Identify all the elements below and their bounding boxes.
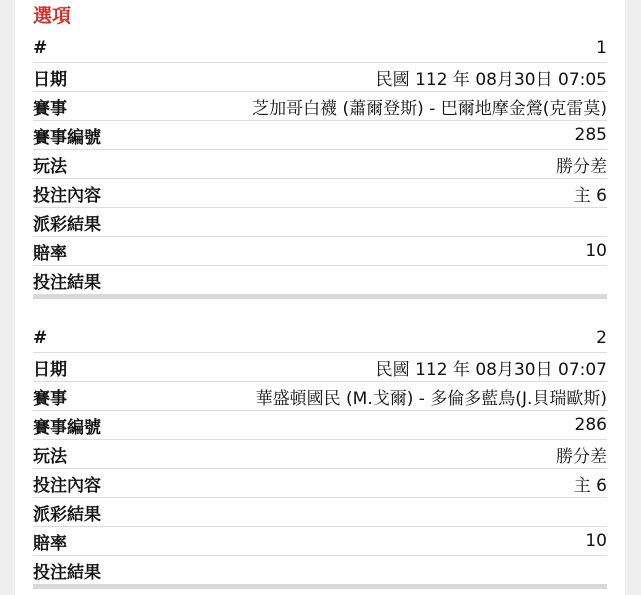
row-bet-result: 投注結果 [33, 556, 607, 589]
row-label: 日期 [33, 355, 67, 380]
row-number: # 1 [33, 34, 607, 63]
row-value: 2 [596, 328, 607, 348]
row-label: 日期 [33, 65, 67, 90]
row-label: 賽事 [33, 94, 67, 119]
row-label: 投注結果 [33, 268, 101, 293]
row-value: 主 6 [574, 181, 607, 206]
row-value: 286 [575, 415, 607, 435]
content-panel: 選項 # 1 日期 民國 112 年 08月30日 07:05 賽事 芝加哥白襪… [15, 0, 625, 595]
row-value: 勝分差 [556, 152, 607, 177]
row-match-id: 賽事編號 285 [33, 121, 607, 150]
row-label: 賽事編號 [33, 413, 101, 438]
row-bet-type: 玩法 勝分差 [33, 150, 607, 179]
row-value: 芝加哥白襪 (蕭爾登斯) - 巴爾地摩金鶯(克雷莫) [252, 94, 607, 119]
row-value: 勝分差 [556, 442, 607, 467]
row-payout-result: 派彩結果 [33, 498, 607, 527]
row-odds: 賠率 10 [33, 527, 607, 556]
row-match: 賽事 華盛頓國民 (M.戈爾) - 多倫多藍鳥(J.貝瑞歐斯) [33, 382, 607, 411]
row-value: 10 [585, 241, 607, 261]
row-label: 投注內容 [33, 471, 101, 496]
block-spacer [33, 299, 607, 324]
row-number: # 2 [33, 324, 607, 353]
row-label: 派彩結果 [33, 210, 101, 235]
row-label: 投注結果 [33, 558, 101, 583]
row-label: 派彩結果 [33, 500, 101, 525]
row-value: 民國 112 年 08月30日 07:05 [376, 65, 607, 90]
row-value: 285 [575, 125, 607, 145]
row-date: 日期 民國 112 年 08月30日 07:05 [33, 63, 607, 92]
section-title: 選項 [33, 0, 607, 34]
row-date: 日期 民國 112 年 08月30日 07:07 [33, 353, 607, 382]
row-match: 賽事 芝加哥白襪 (蕭爾登斯) - 巴爾地摩金鶯(克雷莫) [33, 92, 607, 121]
bet-block-2: # 2 日期 民國 112 年 08月30日 07:07 賽事 華盛頓國民 (M… [33, 324, 607, 589]
row-bet-content: 投注內容 主 6 [33, 179, 607, 208]
row-value: 主 6 [574, 471, 607, 496]
row-label: 賠率 [33, 529, 67, 554]
row-label: 賽事編號 [33, 123, 101, 148]
row-bet-content: 投注內容 主 6 [33, 469, 607, 498]
row-bet-type: 玩法 勝分差 [33, 440, 607, 469]
bet-options-list: 選項 # 1 日期 民國 112 年 08月30日 07:05 賽事 芝加哥白襪… [33, 0, 607, 589]
row-odds: 賠率 10 [33, 237, 607, 266]
row-label: 賽事 [33, 384, 67, 409]
row-label: # [33, 328, 47, 348]
row-label: 投注內容 [33, 181, 101, 206]
row-value: 華盛頓國民 (M.戈爾) - 多倫多藍鳥(J.貝瑞歐斯) [256, 384, 607, 409]
row-match-id: 賽事編號 286 [33, 411, 607, 440]
row-value: 民國 112 年 08月30日 07:07 [376, 355, 607, 380]
row-label: 玩法 [33, 442, 67, 467]
row-value: 1 [596, 38, 607, 58]
row-label: 玩法 [33, 152, 67, 177]
row-value: 10 [585, 531, 607, 551]
row-label: 賠率 [33, 239, 67, 264]
row-bet-result: 投注結果 [33, 266, 607, 299]
bet-block-1: # 1 日期 民國 112 年 08月30日 07:05 賽事 芝加哥白襪 (蕭… [33, 34, 607, 299]
row-payout-result: 派彩結果 [33, 208, 607, 237]
row-label: # [33, 38, 47, 58]
